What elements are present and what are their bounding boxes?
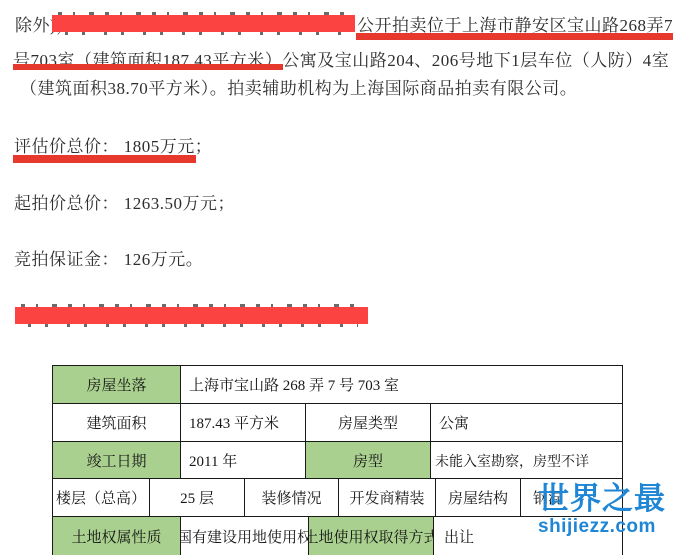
watermark: 世界之最 shijiezz.com	[538, 483, 673, 536]
document-page: 除外)， 公开拍卖位于上海市静安区宝山路268弄7 号703室（建筑面积187.…	[0, 0, 673, 555]
bid-deposit-line: 竞拍保证金： 126万元。	[14, 245, 203, 270]
table-label-land-use-acquisition: 土地使用权取得方式	[308, 516, 434, 555]
intro-line3: （建筑面积38.70平方米）。拍卖辅助机构为上海国际商品拍卖有限公司。	[20, 74, 577, 99]
red-underline-appraisal	[13, 155, 196, 163]
intro-line2-rest: 公寓及宝山路204、206号地下1层车位（人防）4室	[282, 51, 669, 70]
table-value-house-location: 上海市宝山路 268 弄 7 号 703 室	[180, 365, 623, 404]
watermark-title: 世界之最	[538, 483, 673, 514]
watermark-site: shijiezz.com	[538, 517, 673, 536]
table-value-building-area: 187.43 平方米	[180, 403, 306, 442]
starting-total-line: 起拍价总价： 1263.50万元；	[14, 189, 235, 214]
table-label-house-type: 房屋类型	[305, 403, 431, 442]
red-underline-line1	[356, 33, 673, 40]
table-label-completion-date: 竣工日期	[52, 441, 181, 480]
table-label-land-ownership: 土地权属性质	[52, 516, 181, 555]
table-value-floor-plan: 未能入室勘察，房型不详	[430, 441, 623, 480]
table-label-decoration: 装修情况	[244, 478, 339, 517]
appraisal-total-line: 评估价总价： 1805万元；	[14, 132, 212, 157]
table-label-floor: 楼层（总高）	[52, 478, 150, 517]
table-value-land-ownership: 国有建设用地使用权	[180, 516, 309, 555]
table-label-structure: 房屋结构	[435, 478, 521, 517]
redaction-bar-2	[15, 307, 368, 324]
table-value-completion-date: 2011 年	[180, 441, 306, 480]
table-value-decoration: 开发商精装	[338, 478, 436, 517]
table-label-building-area: 建筑面积	[52, 403, 181, 442]
redaction-bar-1	[52, 15, 355, 32]
table-label-house-location: 房屋坐落	[52, 365, 181, 404]
table-label-floor-plan: 房型	[305, 441, 431, 480]
red-underline-line2	[13, 64, 283, 70]
table-value-floor: 25 层	[149, 478, 245, 517]
table-value-house-type: 公寓	[430, 403, 623, 442]
